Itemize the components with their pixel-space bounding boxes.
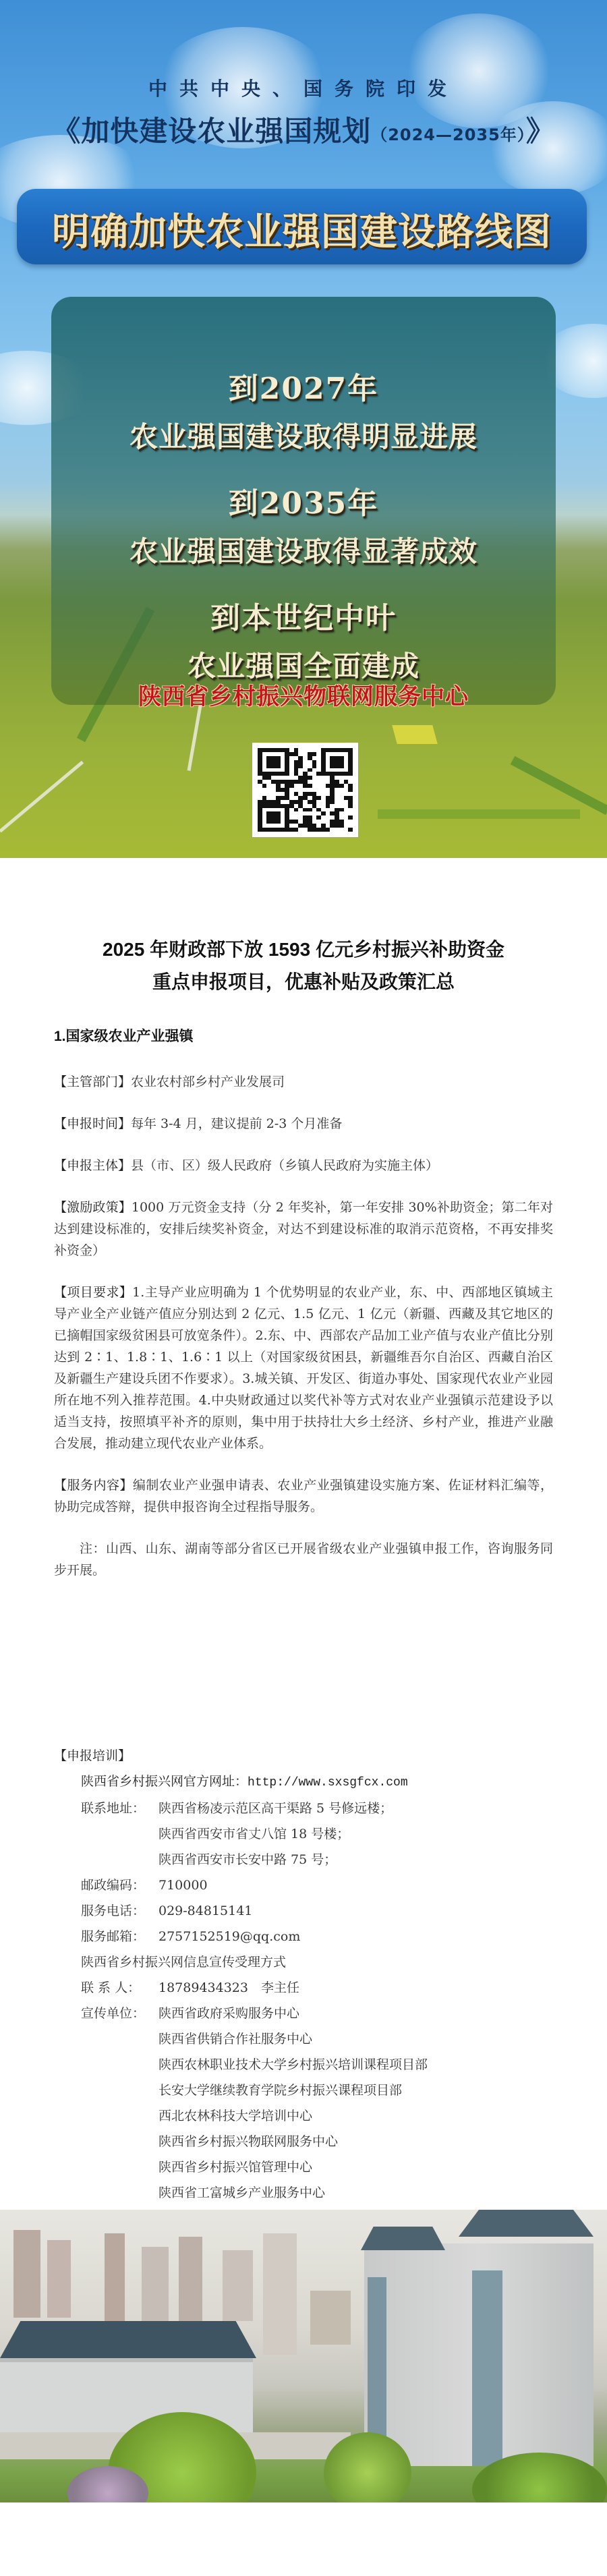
contact-method-title: 陕西省乡村振兴网信息宣传受理方式: [54, 1949, 553, 1975]
address-label: 联系地址：: [81, 1796, 158, 1872]
article-title-line2: 重点申报项目，优惠补贴及政策汇总: [54, 966, 553, 998]
note: 注：山西、山东、湖南等部分省区已开展省级农业产业强镇申报工作，咨询服务同步开展。: [54, 1538, 553, 1581]
field-decoration: [378, 809, 580, 819]
person-label: 联 系 人：: [81, 1975, 158, 2001]
article: 2025 年财政部下放 1593 亿元乡村振兴补助资金 重点申报项目，优惠补贴及…: [0, 934, 607, 2206]
website-link[interactable]: http://www.sxsgfcx.com: [248, 1776, 408, 1790]
hero-title-close: 》: [526, 115, 555, 148]
postcode-label: 邮政编码：: [81, 1872, 158, 1898]
item-apply-time: 【申报时间】每年 3-4 月，建议提前 2-3 个月准备: [54, 1113, 553, 1135]
goal-year-2027: 到2027年: [51, 364, 556, 407]
item-text: 县（市、区）级人民政府（乡镇人民政府为实施主体）: [131, 1158, 438, 1173]
unit-item: 长安大学继续教育学院乡村振兴课程项目部: [158, 2078, 428, 2103]
item-text: 每年 3-4 月，建议提前 2-3 个月准备: [131, 1116, 342, 1131]
item-label: 【主管部门】: [54, 1075, 131, 1089]
hero-title: 《加快建设农业强国规划（2024—2035年）》: [0, 109, 607, 150]
tower-roof: [459, 2210, 594, 2237]
postcode-value: 710000: [158, 1872, 208, 1898]
unit-item: 陕西省工富城乡产业服务中心: [158, 2180, 428, 2206]
goal-year-midcentury: 到本世纪中叶: [51, 594, 556, 637]
tower-decoration: [105, 2233, 125, 2321]
goal-year-2035: 到2035年: [51, 479, 556, 522]
tower-decoration: [223, 2250, 253, 2321]
contact-email: 服务邮箱：2757152519@qq.com: [54, 1924, 553, 1949]
hero-poster: 中共中央、国务院印发 《加快建设农业强国规划（2024—2035年）》 明确加快…: [0, 0, 607, 858]
item-label: 【申报时间】: [54, 1116, 131, 1131]
hero-org-name: 陕西省乡村振兴物联网服务中心: [51, 678, 556, 711]
unit-item: 陕西省政府采购服务中心: [158, 2001, 428, 2026]
contact-postcode: 邮政编码：710000: [54, 1872, 553, 1898]
article-title: 2025 年财政部下放 1593 亿元乡村振兴补助资金 重点申报项目，优惠补贴及…: [54, 934, 553, 998]
tower-decoration: [310, 2291, 351, 2345]
item-label: 【项目要求】: [54, 1285, 132, 1300]
hero-title-years: （2024—2035年）: [371, 125, 526, 144]
unit-item: 陕西省乡村振兴物联网服务中心: [158, 2129, 428, 2154]
tower-roof: [361, 2227, 445, 2250]
unit-item: 陕西省供销合作社服务中心: [158, 2026, 428, 2052]
qr-code[interactable]: [252, 743, 358, 837]
item-services: 【服务内容】编制农业产业强申请表、农业产业强镇建设实施方案、佐证材料汇编等，协助…: [54, 1475, 553, 1518]
contact-person: 联 系 人：18789434323 李主任: [54, 1975, 553, 2001]
item-label: 【激励政策】: [54, 1200, 132, 1215]
banner-headline: 明确加快农业强国建设路线图: [17, 202, 587, 256]
address-line: 陕西省西安市省丈八馆 18 号楼；: [158, 1821, 393, 1847]
address-line: 陕西省杨凌示范区高干渠路 5 号修远楼；: [158, 1796, 393, 1821]
field-decoration: [0, 761, 84, 833]
person-value[interactable]: 18789434323 李主任: [158, 1975, 299, 2001]
phone-value[interactable]: 029-84815141: [158, 1898, 252, 1924]
contact-section: 【申报培训】 陕西省乡村振兴网官方网址：http://www.sxsgfcx.c…: [54, 1743, 553, 2206]
main-tower-glass: [368, 2277, 386, 2439]
hero-subtitle: 中共中央、国务院印发: [0, 74, 607, 101]
qr-code-pattern: [258, 748, 353, 832]
tower-decoration: [179, 2237, 202, 2321]
section-heading: 1.国家级农业产业强镇: [54, 1025, 553, 1046]
tower-decoration: [142, 2247, 169, 2321]
website-label: 陕西省乡村振兴网官方网址：: [81, 1774, 248, 1789]
article-title-line1: 2025 年财政部下放 1593 亿元乡村振兴补助资金: [54, 934, 553, 966]
item-applicant: 【申报主体】县（市、区）级人民政府（乡镇人民政府为实施主体）: [54, 1155, 553, 1176]
item-label: 【服务内容】: [54, 1478, 133, 1493]
goal-desc-2027: 农业强国建设取得明显进展: [51, 415, 556, 455]
item-requirements: 【项目要求】1.主导产业应明确为 1 个优势明显的农业产业，东、中、西部地区镇域…: [54, 1282, 553, 1454]
yellow-field: [392, 725, 438, 744]
contact-units: 宣传单位： 陕西省政府采购服务中心 陕西省供销合作社服务中心 陕西农林职业技术大…: [54, 2001, 553, 2206]
goal-desc-2035: 农业强国建设取得显著成效: [51, 529, 556, 570]
building-photo: [0, 2210, 607, 2502]
hall-roof: [0, 2321, 256, 2358]
contact-address: 联系地址： 陕西省杨凌示范区高干渠路 5 号修远楼； 陕西省西安市省丈八馆 18…: [54, 1796, 553, 1872]
item-incentive: 【激励政策】1000 万元资金支持（分 2 年奖补，第一年安排 30%补助资金；…: [54, 1197, 553, 1261]
item-text: 1.主导产业应明确为 1 个优势明显的农业产业，东、中、西部地区镇域主导产业全产…: [54, 1285, 553, 1451]
unit-item: 西北农林科技大学培训中心: [158, 2103, 428, 2129]
units-label: 宣传单位：: [81, 2001, 158, 2206]
item-text: 农业农村部乡村产业发展司: [131, 1075, 285, 1089]
field-decoration: [511, 756, 607, 815]
tower-decoration: [13, 2230, 40, 2318]
email-label: 服务邮箱：: [81, 1924, 158, 1949]
main-tower-glass: [472, 2270, 502, 2466]
contact-phone: 服务电话：029-84815141: [54, 1898, 553, 1924]
contact-website: 陕西省乡村振兴网官方网址：http://www.sxsgfcx.com: [54, 1769, 553, 1796]
email-value[interactable]: 2757152519@qq.com: [158, 1924, 300, 1949]
contact-heading: 【申报培训】: [54, 1743, 553, 1769]
item-department: 【主管部门】农业农村部乡村产业发展司: [54, 1071, 553, 1093]
tower-decoration: [47, 2240, 71, 2318]
hero-title-main: 《加快建设农业强国规划: [52, 115, 371, 148]
address-line: 陕西省西安市长安中路 75 号；: [158, 1847, 393, 1872]
unit-item: 陕西省乡村振兴馆管理中心: [158, 2154, 428, 2180]
item-label: 【申报主体】: [54, 1158, 131, 1173]
phone-label: 服务电话：: [81, 1898, 158, 1924]
unit-item: 陕西农林职业技术大学乡村振兴培训课程项目部: [158, 2052, 428, 2078]
tower-decoration: [263, 2233, 297, 2355]
